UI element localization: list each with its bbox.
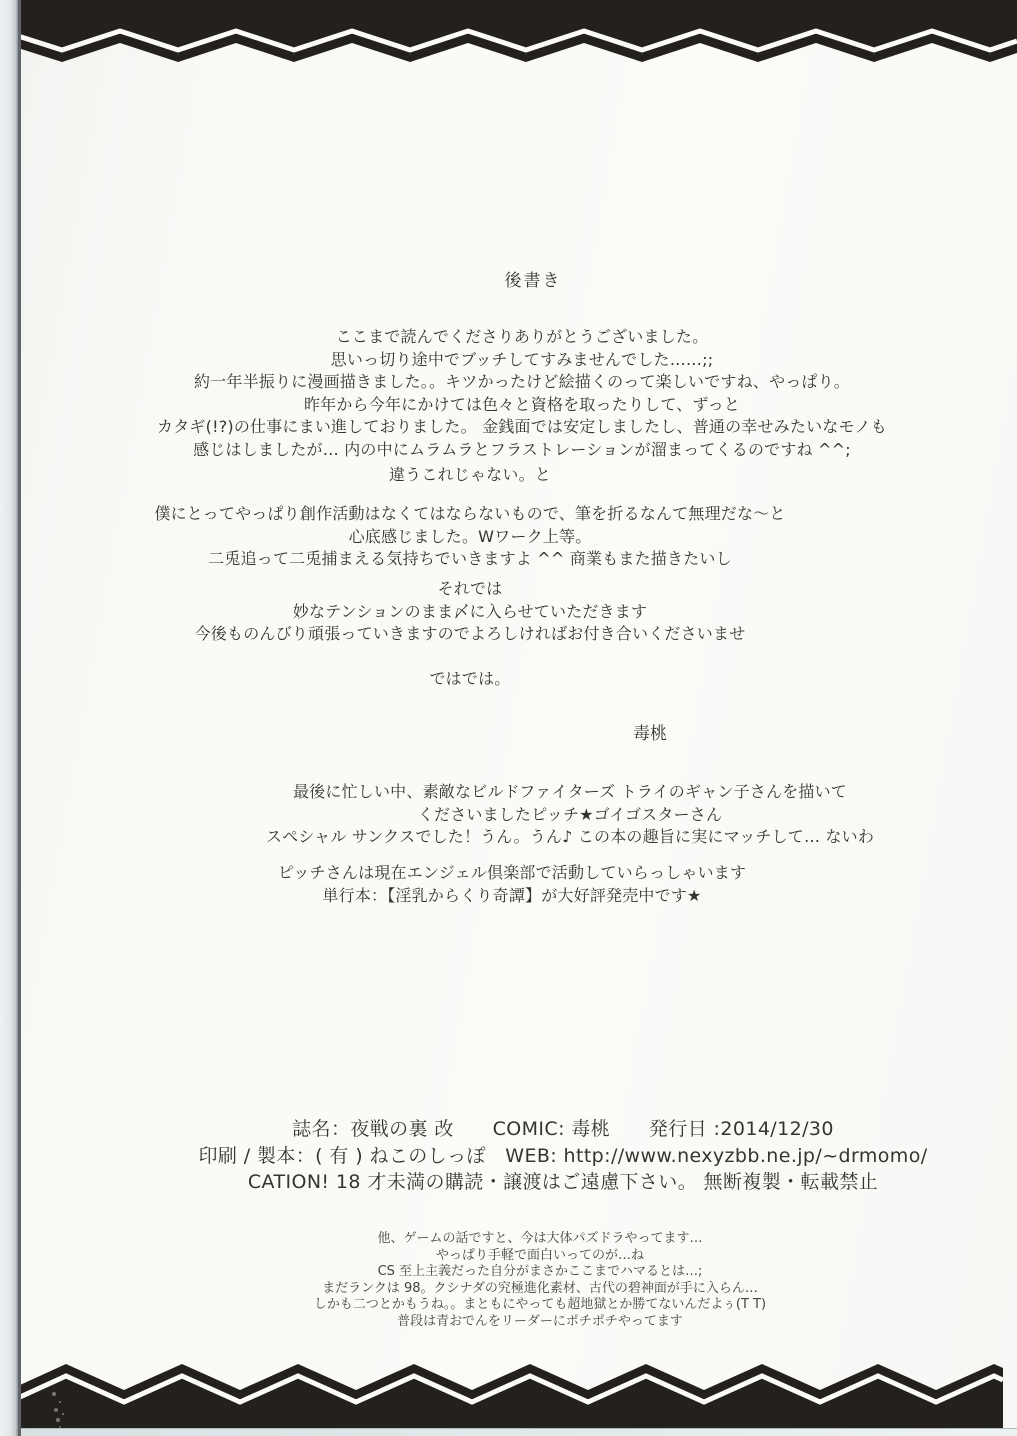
page-border-decoration	[0, 0, 1017, 1436]
scanned-page: 後書き ここまで読んでくださりありがとうございました。思いっ切り途中でブッチして…	[0, 0, 1017, 1436]
scan-smudge-mark	[52, 1392, 56, 1396]
top-zigzag-band	[18, 0, 1017, 62]
scan-binding-edge	[0, 0, 21, 1436]
bottom-zigzag-band	[20, 1364, 1003, 1428]
scan-bottom-edge	[0, 1428, 1017, 1436]
